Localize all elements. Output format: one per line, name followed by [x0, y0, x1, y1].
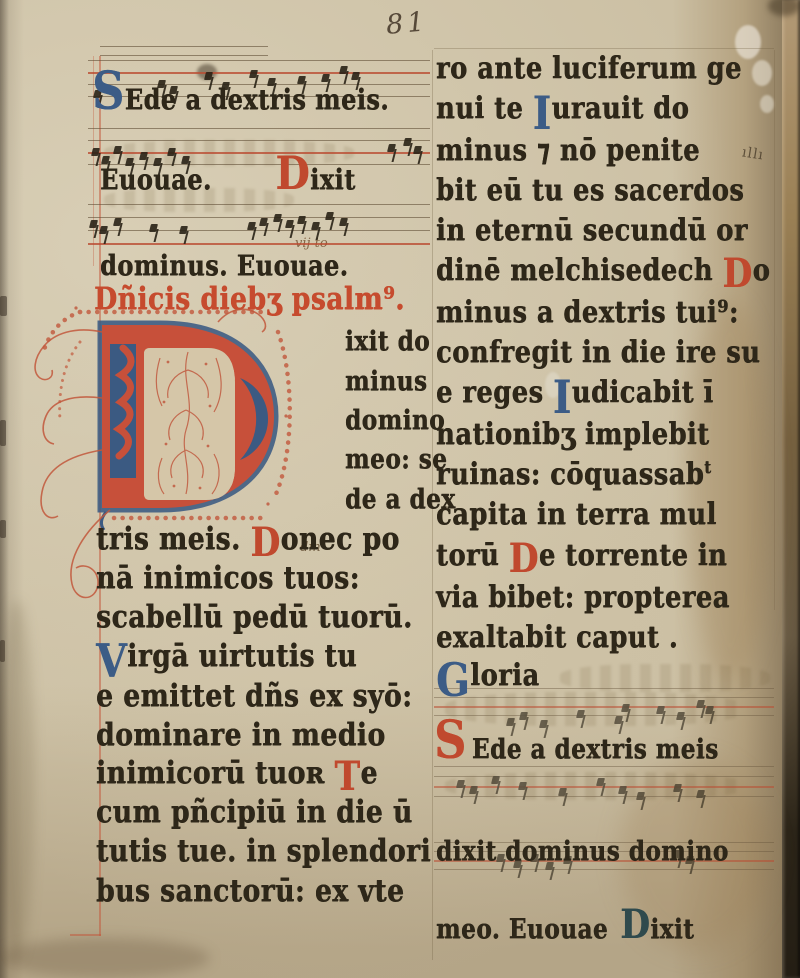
neume — [351, 72, 360, 80]
neume — [247, 222, 256, 230]
page-edge-mark — [0, 520, 6, 538]
staff-line — [88, 140, 430, 141]
staff-line — [434, 796, 774, 797]
manuscript-page: 81 ıllı dm vij to S Ede a dextris meis. … — [0, 0, 800, 978]
text-line: dominare in medio — [96, 720, 386, 751]
staff-line — [100, 55, 268, 56]
paint-loss-fleck — [752, 60, 772, 86]
initial-letter-T: T — [334, 753, 360, 800]
red-ruling-hook — [70, 934, 101, 936]
staff-line-red — [434, 706, 774, 708]
text-line: minus a dextris tui⁹: — [436, 298, 739, 328]
neume — [673, 784, 682, 792]
text-line: exaltabit caput . — [436, 623, 678, 653]
chant-text-line: S Ede a dextris meis — [434, 736, 719, 763]
neume — [636, 792, 645, 800]
staff-line — [88, 217, 430, 218]
neume — [113, 146, 122, 154]
initial-letter-I: I — [533, 86, 552, 140]
chant-lyric: meo. Euouae — [436, 916, 608, 943]
text-line: tris meis. Donec po — [96, 524, 400, 555]
music-staff — [434, 766, 774, 808]
initial-letter-D: D — [250, 519, 280, 566]
neume — [311, 222, 320, 230]
neume — [91, 148, 100, 156]
page-edge-mark — [0, 420, 6, 446]
text-line: in eternū secundū or — [436, 216, 748, 246]
text-segment: tris meis. — [96, 521, 250, 557]
text-line: ixit do — [345, 328, 430, 355]
text-line: nationibʒ implebit — [436, 420, 709, 450]
text-line: cum pñcipiū in die ū — [96, 797, 413, 828]
initial-letter-G: G — [436, 653, 470, 707]
neume — [249, 70, 258, 78]
text-segment: e torrente in — [539, 538, 727, 573]
text-segment: urauit do — [552, 91, 690, 126]
paint-loss-fleck — [760, 95, 774, 113]
neume — [456, 780, 465, 788]
text-segment: o — [753, 253, 771, 288]
neume — [705, 706, 714, 714]
text-line: domino — [345, 407, 445, 434]
staff-line — [434, 697, 774, 698]
text-line: Gloria — [436, 661, 539, 691]
chant-lyric: Ede a dextris meis. — [125, 86, 389, 114]
chant-text-line: dixit dominus domino — [436, 838, 729, 865]
neume — [149, 224, 158, 232]
neume — [491, 776, 500, 784]
text-segment: nui te — [436, 91, 533, 126]
text-segment: e reges — [436, 375, 553, 410]
text-line: capita in terra mul — [436, 500, 717, 530]
text-segment: udicabit ī — [572, 375, 714, 410]
staff-line — [88, 204, 430, 205]
neume — [614, 716, 623, 724]
initial-letter-D: D — [509, 535, 539, 582]
text-segment: inimicorū tuoʀ — [96, 755, 334, 791]
neume — [204, 72, 213, 80]
text-line: nui te Iurauit do — [436, 94, 689, 124]
text-line: bus sanctorū: ex vte — [96, 876, 404, 907]
neume — [179, 226, 188, 234]
text-line: bit eū tu es sacerdos — [436, 176, 744, 206]
staff-line — [100, 46, 268, 47]
text-line: meo: se — [345, 446, 447, 473]
staff-line-red — [88, 72, 430, 74]
neume — [696, 700, 705, 708]
neume — [576, 710, 585, 718]
column-ruling — [774, 50, 775, 610]
neume — [621, 704, 630, 712]
text-line: via bibet: propterea — [436, 583, 730, 613]
text-line: torū De torrente in — [436, 541, 727, 571]
text-line: minus — [345, 368, 427, 395]
text-line: nā inimicos tuos: — [96, 563, 360, 594]
text-segment: e — [360, 755, 377, 791]
text-line: confregit in die ire su — [436, 338, 760, 368]
initial-letter-D: D — [722, 250, 752, 297]
neume — [339, 66, 348, 74]
text-segment: dinē melchisedech — [436, 253, 722, 288]
staff-line — [434, 766, 774, 767]
text-line: e reges Iudicabit ī — [436, 378, 714, 408]
text-segment: irgā uirtutis tu — [127, 638, 357, 674]
text-segment: ruinas: cōquassab — [436, 457, 704, 492]
neume — [519, 712, 528, 720]
neume — [99, 226, 108, 234]
chant-text-line: dominus. Euouae. — [100, 252, 348, 280]
neume — [325, 212, 334, 220]
chant-lyric: dixit dominus domino — [436, 838, 729, 865]
discoloration — [0, 600, 34, 960]
neume — [167, 148, 176, 156]
text-line: scabellū pedū tuorū. — [96, 602, 413, 633]
neume — [469, 786, 478, 794]
staff-line — [434, 869, 774, 870]
neume — [387, 144, 396, 152]
neume — [285, 220, 294, 228]
music-staff — [88, 204, 430, 246]
chant-text-line: S Ede a dextris meis. — [92, 86, 383, 114]
discoloration — [0, 938, 210, 978]
neume — [656, 706, 665, 714]
text-line: minus ⁊ nō penite — [436, 136, 700, 166]
text-segment: loria — [470, 658, 539, 693]
text-line: dinē melchisedech Do — [436, 256, 770, 286]
neume — [596, 778, 605, 786]
neume — [506, 718, 515, 726]
neume — [696, 790, 705, 798]
neume — [539, 720, 548, 728]
right-binding-edge — [782, 0, 800, 978]
chant-lyric: ixit — [310, 166, 355, 194]
text-line: tutis tue. in splendori — [96, 836, 431, 867]
chant-text-line: meo. Euouae D ixit — [436, 916, 694, 943]
marginal-scribble: ıllı — [741, 144, 765, 163]
neume — [618, 786, 627, 794]
text-line: e emittet dñs ex syō: — [96, 681, 412, 712]
music-staff — [434, 688, 774, 730]
staff-line — [88, 230, 430, 231]
text-line: Virgā uirtutis tu — [96, 641, 357, 672]
header-ruling — [434, 48, 774, 49]
text-line: ro ante luciferum ge — [436, 54, 742, 84]
chant-lyric: ixit — [650, 916, 694, 943]
folio-number: 81 — [385, 6, 430, 41]
staff-line-red — [88, 152, 430, 154]
neume — [339, 218, 348, 226]
text-line: ruinas: cōquassabt — [436, 460, 711, 490]
initial-letter-I: I — [553, 370, 572, 424]
text-line: inimicorū tuoʀ Te — [96, 758, 378, 789]
neume — [413, 146, 422, 154]
staff-line-red — [88, 243, 430, 245]
neume — [676, 712, 685, 720]
chant-lyric: Euouae. — [100, 166, 212, 194]
staff-line — [434, 715, 774, 716]
page-edge-mark — [0, 296, 7, 316]
neume — [558, 788, 567, 796]
neume — [113, 218, 122, 226]
superscript-letter: t — [704, 458, 711, 478]
neume — [518, 782, 527, 790]
neume — [297, 216, 306, 224]
neume — [89, 220, 98, 228]
text-segment: torū — [436, 538, 509, 573]
staff-line — [88, 60, 430, 61]
staff-line — [88, 128, 430, 129]
neume — [403, 138, 412, 146]
neume — [259, 218, 268, 226]
chant-lyric: dominus. Euouae. — [100, 252, 348, 280]
text-segment: onec po — [281, 521, 400, 557]
chant-lyric: Ede a dextris meis — [472, 736, 719, 763]
chant-text-line: Euouae. D ixit — [100, 166, 384, 194]
neume — [139, 152, 148, 160]
neume — [321, 74, 330, 82]
neume — [273, 214, 282, 222]
